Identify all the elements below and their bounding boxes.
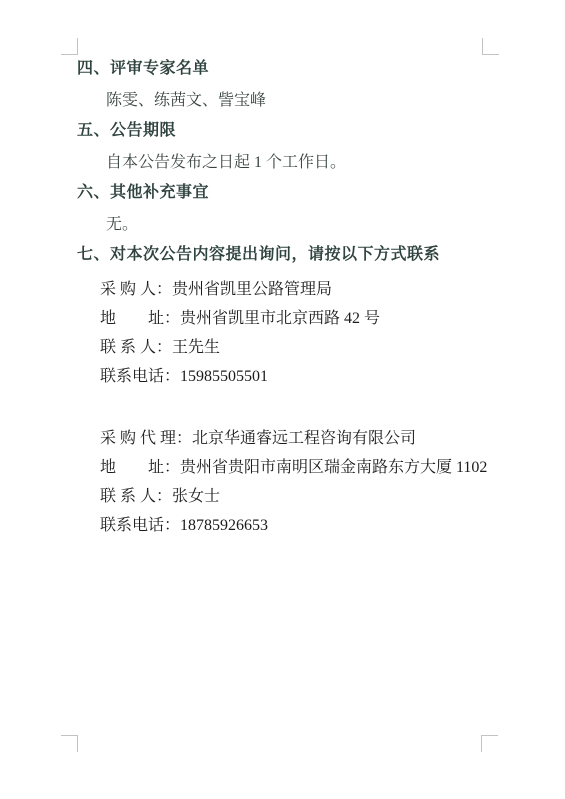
contact-line-agent-person: 联 系 人：张女士	[100, 488, 487, 505]
text-boundary-corner-bottom-left	[61, 735, 78, 752]
document-content: 四、评审专家名单 陈雯、练茜文、訾宝峰 五、公告期限 自本公告发布之日起 1 个…	[77, 60, 487, 534]
contact-line-agent: 采 购 代 理：北京华通睿远工程咨询有限公司	[100, 430, 487, 447]
contact-line-agent-phone: 联系电话：18785926653	[100, 517, 487, 534]
contact-line-purchaser: 采 购 人：贵州省凯里公路管理局	[100, 281, 487, 298]
contact-line-agent-address: 地 址：贵州省贵阳市南明区瑞金南路东方大厦 1102	[100, 459, 487, 476]
text-boundary-corner-top-right	[482, 38, 499, 55]
section-heading-other-matters: 六、其他补充事宜	[77, 184, 487, 201]
section-body-other-matters: 无。	[106, 216, 487, 233]
document-page: 四、评审专家名单 陈雯、练茜文、訾宝峰 五、公告期限 自本公告发布之日起 1 个…	[0, 0, 565, 799]
contact-line-purchaser-person: 联 系 人：王先生	[100, 339, 487, 356]
section-heading-contact-methods: 七、对本次公告内容提出询问，请按以下方式联系	[77, 246, 487, 263]
section-body-expert-names: 陈雯、练茜文、訾宝峰	[106, 92, 487, 109]
contact-line-purchaser-address: 地 址：贵州省凯里市北京西路 42 号	[100, 310, 487, 327]
section-body-announcement-period: 自本公告发布之日起 1 个工作日。	[106, 154, 487, 171]
section-heading-expert-list: 四、评审专家名单	[77, 60, 487, 77]
contact-line-purchaser-phone: 联系电话：15985505501	[100, 368, 487, 385]
text-boundary-corner-top-left	[61, 38, 78, 55]
section-heading-announcement-period: 五、公告期限	[77, 122, 487, 139]
text-boundary-corner-bottom-right	[481, 735, 498, 752]
